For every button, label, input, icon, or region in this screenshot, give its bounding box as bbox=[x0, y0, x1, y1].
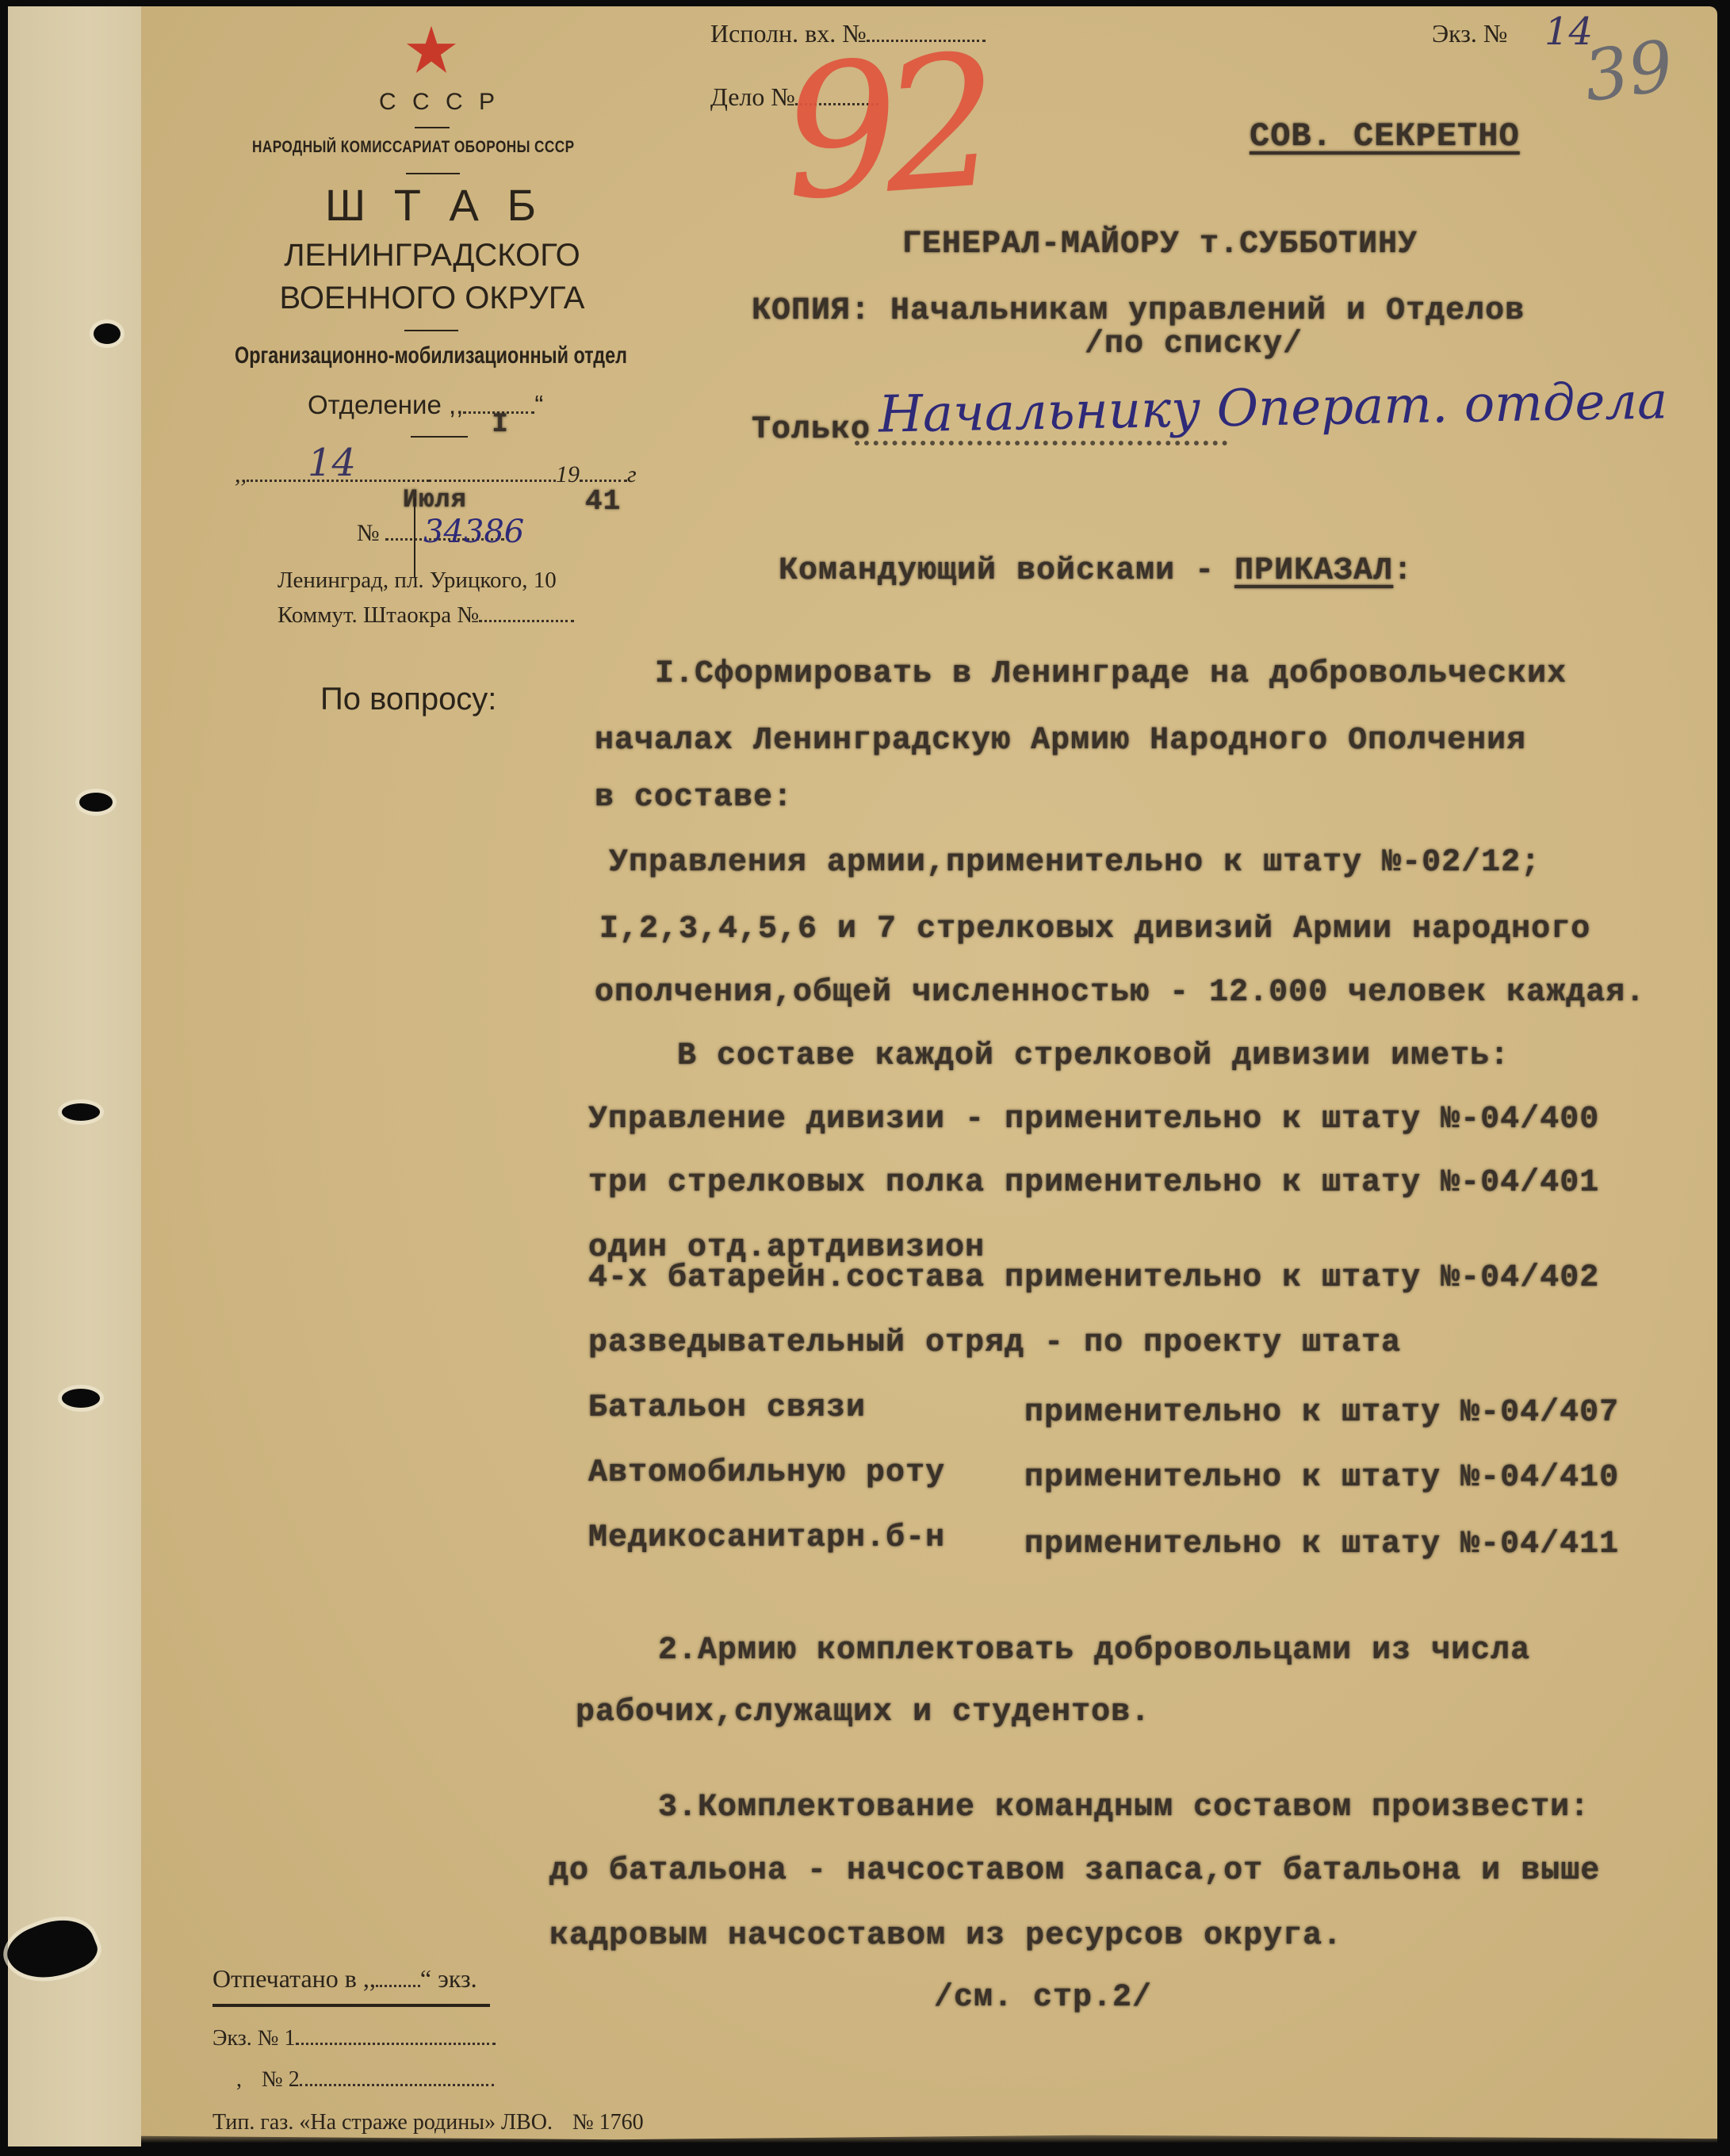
item2-line1: 2.Армию комплектовать добровольцами из ч… bbox=[658, 1633, 1530, 1669]
division-heading: В составе каждой стрелковой дивизии имет… bbox=[677, 1038, 1510, 1074]
punch-hole bbox=[94, 323, 121, 344]
only-label: Только bbox=[752, 412, 871, 448]
divider bbox=[415, 127, 450, 128]
district-line2: ВОЕННОГО ОКРУГА bbox=[262, 281, 603, 316]
order-preamble: Командующий войсками - ПРИКАЗАЛ: bbox=[779, 553, 1413, 589]
address: Ленинград, пл. Урицкого, 10 bbox=[277, 568, 557, 594]
unit-table-basis: применительно к штату №-04/411 bbox=[1024, 1527, 1619, 1562]
divider bbox=[404, 330, 458, 331]
date-month-stamp: Июля bbox=[403, 485, 467, 514]
copy-row: Экз. № bbox=[1432, 19, 1507, 48]
punch-hole bbox=[79, 793, 113, 812]
subject-label: По вопросу: bbox=[320, 682, 496, 717]
divider bbox=[411, 436, 468, 438]
date-day-handwritten: 14 bbox=[308, 441, 356, 485]
punch-hole bbox=[62, 1389, 100, 1408]
switchboard-field[interactable] bbox=[479, 620, 574, 622]
divider bbox=[406, 173, 460, 174]
date-row: ,,19г bbox=[235, 461, 637, 488]
section-label: Отделение bbox=[308, 390, 442, 419]
item3-line2: до батальона - начсоставом запаса,от бат… bbox=[549, 1853, 1600, 1889]
unit-table-name: Автомобильную роту bbox=[588, 1455, 945, 1491]
red-annotation: 92 bbox=[777, 31, 989, 227]
document-page: С С С Р НАРОДНЫЙ КОМИССАРИАТ ОБОРОНЫ ССС… bbox=[141, 6, 1717, 2146]
date-century: 19 bbox=[556, 461, 580, 487]
date-year-stamp: 41 bbox=[585, 485, 621, 518]
unit-table-basis: применительно к штату №-04/407 bbox=[1024, 1395, 1619, 1431]
section-field[interactable]: I bbox=[463, 411, 534, 414]
only-handwritten: Начальнику Операт. отдела bbox=[878, 372, 1667, 444]
division-unit: разведывательный отряд - по проекту штат… bbox=[588, 1325, 1401, 1361]
date-year-field[interactable] bbox=[580, 480, 627, 482]
item2-line2: рабочих,служащих и студентов. bbox=[576, 1695, 1150, 1730]
item1-line2: началах Ленинградскую Армию Народного Оп… bbox=[595, 723, 1526, 759]
number-handwritten: 34386 bbox=[423, 514, 524, 550]
section-row: Отделение ,,I“ bbox=[308, 390, 543, 420]
unit-table-name: Медикосанитарн.б-н bbox=[588, 1520, 945, 1556]
division-unit: Управление дивизии - применительно к шта… bbox=[588, 1102, 1599, 1137]
item3-line3: кадровым начсоставом из ресурсов округа. bbox=[549, 1918, 1342, 1954]
punch-hole bbox=[62, 1103, 100, 1121]
printer-row: Тип. газ. «На страже родины» ЛВО. № 1760 bbox=[212, 2110, 644, 2135]
item1-line1: I.Сформировать в Ленинграде на доброволь… bbox=[655, 656, 1567, 692]
printed-row: Отпечатано в ,,“ экз. bbox=[212, 1964, 477, 1994]
item1-unit-2: I,2,3,4,5,6 и 7 стрелковых дивизий Армии… bbox=[599, 912, 1590, 947]
section-value: I bbox=[492, 410, 508, 440]
ordered-word: ПРИКАЗАЛ bbox=[1234, 553, 1393, 589]
commissariat-label: НАРОДНЫЙ КОМИССАРИАТ ОБОРОНЫ СССР bbox=[252, 138, 574, 157]
date-month-field[interactable] bbox=[429, 480, 556, 482]
page-number-handwritten: 39 bbox=[1579, 25, 1678, 118]
switchboard-row: Коммут. Штаокра № bbox=[277, 602, 574, 629]
classification-stamp: СОВ. СЕКРЕТНО bbox=[1250, 117, 1520, 155]
division-unit: три стрелковых полка применительно к шта… bbox=[588, 1165, 1599, 1201]
item1-line3: в составе: bbox=[595, 780, 793, 816]
copy2-row: , № 2 bbox=[236, 2067, 494, 2093]
red-star-icon bbox=[405, 24, 457, 76]
addressee-copy-note: /по списку/ bbox=[1085, 327, 1303, 362]
division-unit: 4-х батарейн.состава применительно к шта… bbox=[588, 1260, 1599, 1296]
addressee-to: ГЕНЕРАЛ-МАЙОРУ т.СУББОТИНУ bbox=[902, 227, 1418, 262]
binding-strip bbox=[8, 6, 143, 2146]
hq-title: Ш Т А Б bbox=[323, 179, 545, 231]
number-stroke bbox=[414, 498, 415, 577]
item1-unit-3: ополчения,общей численностью - 12.000 че… bbox=[595, 975, 1645, 1011]
copy1-row: Экз. № 1 bbox=[212, 2026, 496, 2051]
copy1-field[interactable] bbox=[296, 2043, 496, 2045]
unit-table-name: Батальон связи bbox=[588, 1390, 866, 1426]
copy2-field[interactable] bbox=[300, 2084, 494, 2086]
district-line1: ЛЕНИНГРАДСКОГО bbox=[262, 238, 603, 273]
department-label: Организационно-мобилизационный отдел bbox=[235, 342, 627, 369]
printed-count-field[interactable] bbox=[376, 1985, 420, 1987]
unit-table-basis: применительно к штату №-04/410 bbox=[1024, 1460, 1619, 1496]
footer-rule bbox=[212, 2004, 490, 2007]
continuation-note: /см. стр.2/ bbox=[934, 1980, 1152, 2016]
item1-unit-1: Управления армии,применительно к штату №… bbox=[609, 845, 1541, 881]
country-label: С С С Р bbox=[379, 89, 484, 116]
item3-line1: 3.Комплектование командным составом прои… bbox=[658, 1790, 1590, 1825]
addressee-copy: КОПИЯ: Начальникам управлений и Отделов bbox=[752, 293, 1525, 329]
